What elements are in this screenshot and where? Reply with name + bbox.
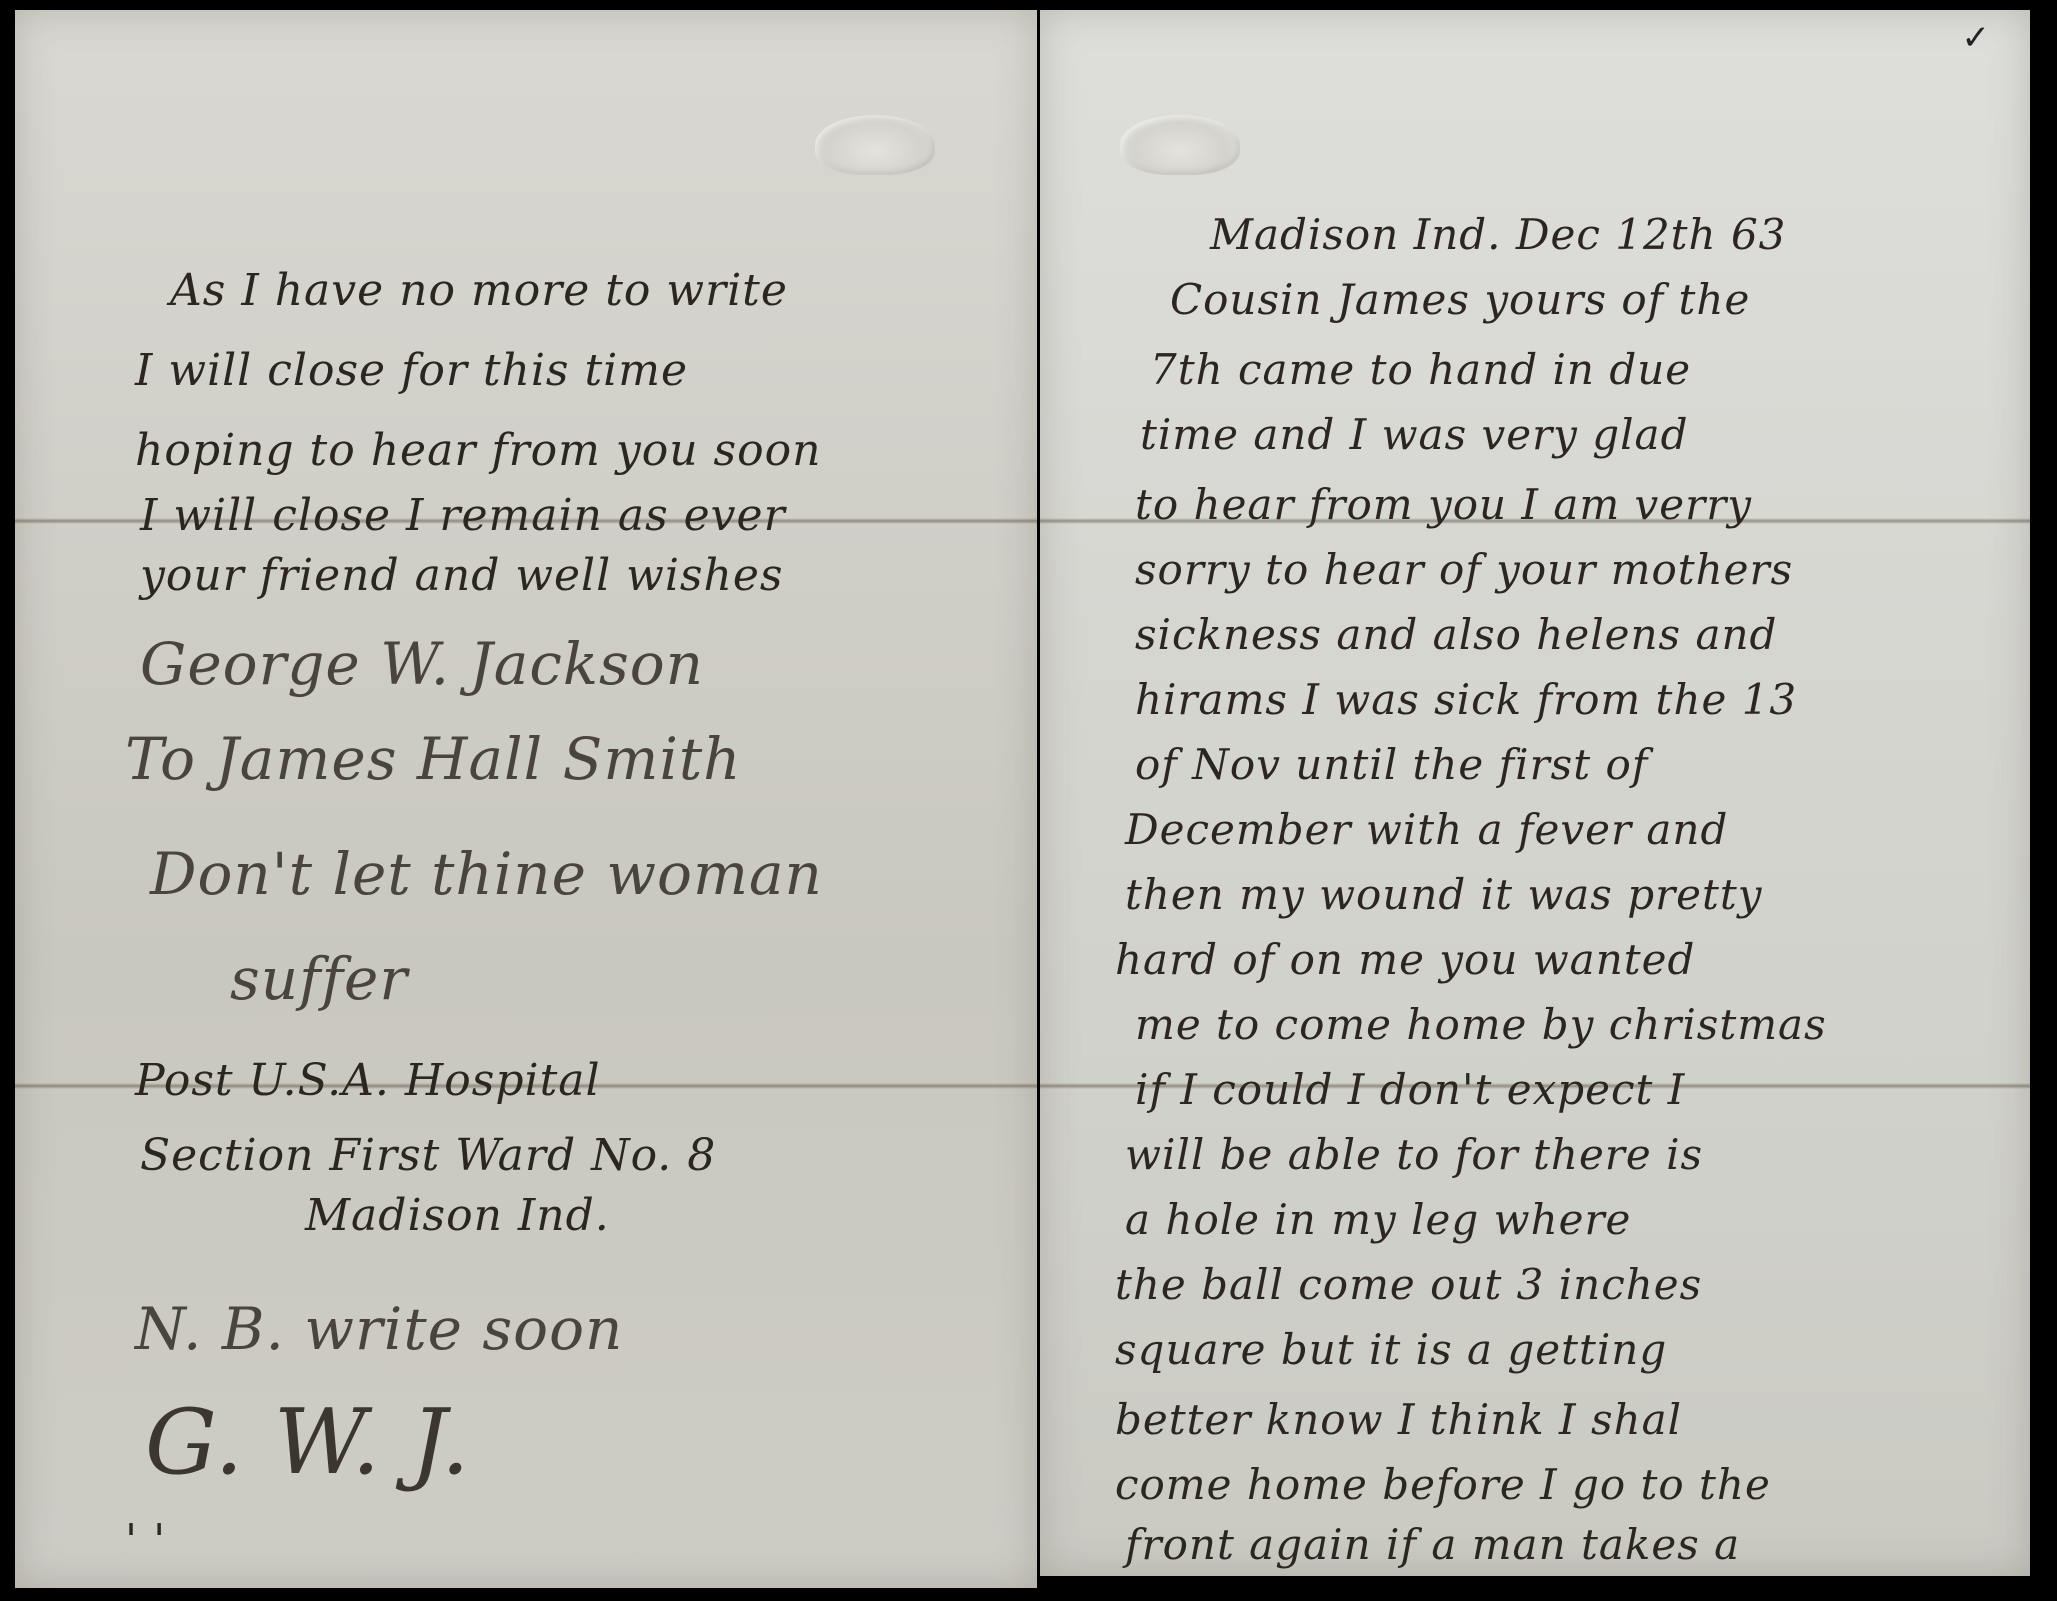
body-line: December with a fever and bbox=[1125, 805, 1728, 854]
body-line: the ball come out 3 inches bbox=[1115, 1260, 1702, 1309]
body-line: of Nov until the first of bbox=[1135, 740, 1648, 789]
stray-mark: ' ' bbox=[125, 1515, 166, 1566]
body-line: to hear from you I am verry bbox=[1135, 480, 1752, 529]
letter-right-page: ✓ Madison Ind. Dec 12th 63 Cousin James … bbox=[1040, 10, 2030, 1576]
letter-left-page: As I have no more to write I will close … bbox=[15, 10, 1037, 1588]
body-line: sickness and also helens and bbox=[1135, 610, 1777, 659]
return-address-line: Section First Ward No. 8 bbox=[140, 1130, 716, 1181]
body-line: hirams I was sick from the 13 bbox=[1135, 675, 1797, 724]
note-line: Don't let thine woman bbox=[150, 840, 823, 908]
body-line: square but it is a getting bbox=[1115, 1325, 1667, 1374]
closing-line: I will close I remain as ever bbox=[140, 490, 786, 541]
body-line: if I could I don't expect I bbox=[1135, 1065, 1685, 1114]
closing-line: your friend and well wishes bbox=[140, 550, 783, 601]
body-line: come home before I go to the bbox=[1115, 1460, 1771, 1509]
closing-line: As I have no more to write bbox=[170, 265, 788, 316]
embossed-stamp-icon bbox=[1120, 115, 1240, 175]
return-address-line: Madison Ind. bbox=[305, 1190, 610, 1241]
body-line: better know I think I shal bbox=[1115, 1395, 1682, 1444]
body-line: hard of on me you wanted bbox=[1115, 935, 1695, 984]
return-address-line: Post U.S.A. Hospital bbox=[135, 1055, 601, 1106]
body-line: time and I was very glad bbox=[1140, 410, 1689, 459]
body-line: sorry to hear of your mothers bbox=[1135, 545, 1793, 594]
note-line: suffer bbox=[230, 945, 408, 1013]
body-line: front again if a man takes a bbox=[1125, 1520, 1740, 1569]
postscript: N. B. write soon bbox=[135, 1295, 623, 1363]
body-line: a hole in my leg where bbox=[1125, 1195, 1631, 1244]
body-line: me to come home by christmas bbox=[1135, 1000, 1827, 1049]
dateline: Madison Ind. Dec 12th 63 bbox=[1210, 210, 1786, 259]
embossed-stamp-icon bbox=[815, 115, 935, 175]
check-mark-icon: ✓ bbox=[1962, 18, 1991, 58]
closing-line: hoping to hear from you soon bbox=[135, 425, 821, 476]
body-line: then my wound it was pretty bbox=[1125, 870, 1763, 919]
addressee: To James Hall Smith bbox=[125, 725, 742, 793]
body-line: Cousin James yours of the bbox=[1170, 275, 1750, 324]
closing-line: I will close for this time bbox=[135, 345, 688, 396]
signature: George W. Jackson bbox=[140, 630, 704, 698]
body-line: 7th came to hand in due bbox=[1150, 345, 1691, 394]
monogram: G. W. J. bbox=[145, 1390, 471, 1495]
body-line: will be able to for there is bbox=[1125, 1130, 1703, 1179]
